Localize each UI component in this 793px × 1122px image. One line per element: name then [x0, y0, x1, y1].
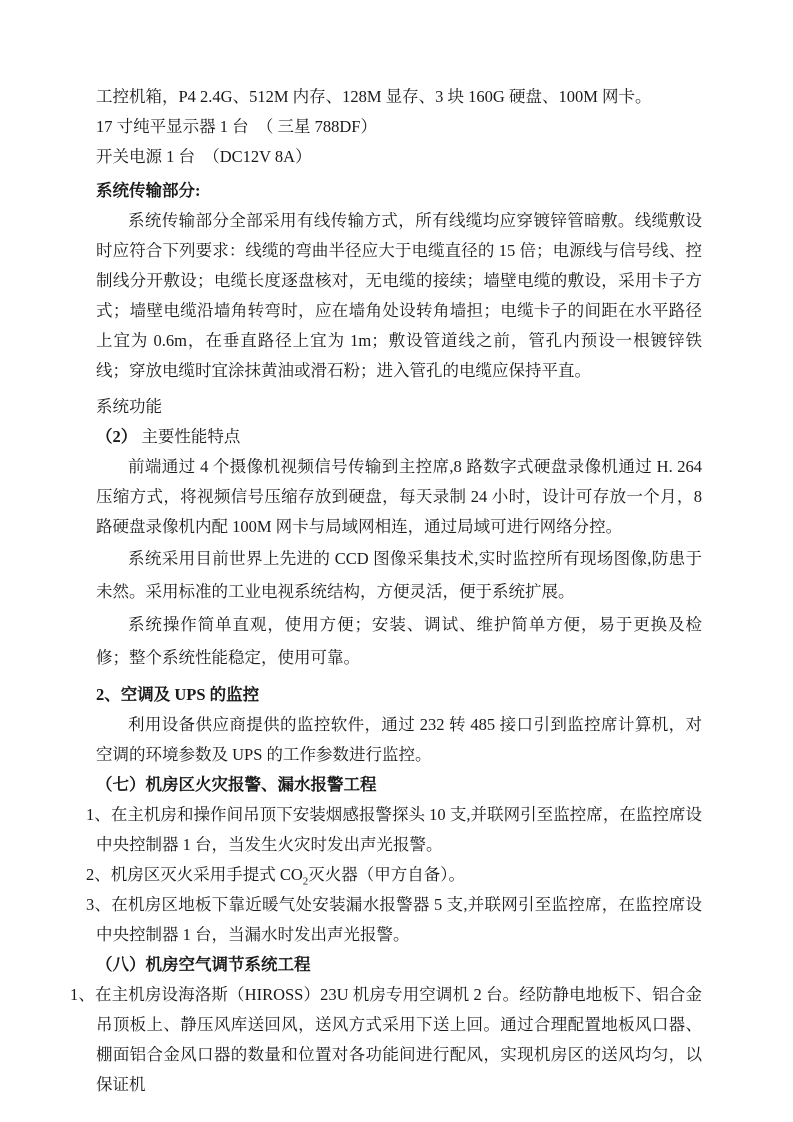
- list-item: 1、在主机房和操作间吊顶下安装烟感报警探头 10 支,并联网引至监控席，在监控席…: [96, 800, 702, 860]
- paragraph: 工控机箱，P4 2.4G、512M 内存、128M 显存、3 块 160G 硬盘…: [96, 82, 702, 112]
- list-item-text: 在主机房和操作间吊顶下安装烟感报警探头 10 支,并联网引至监控席，在监控席设中…: [96, 805, 702, 854]
- list-marker: 2、: [86, 865, 111, 884]
- list-item-text: 在机房区地板下靠近暖气处安装漏水报警器 5 支,并联网引至监控席，在监控席设中央…: [96, 895, 702, 944]
- paragraph: 系统传输部分全部采用有线传输方式，所有线缆均应穿镀锌管暗敷。线缆敷设时应符合下列…: [96, 206, 702, 386]
- paragraph: 开关电源 1 台 （DC12V 8A）: [96, 142, 702, 172]
- heading-text: 主要性能特点: [137, 427, 240, 446]
- section-heading: 2、空调及 UPS 的监控: [96, 680, 702, 710]
- section-heading: 系统传输部分:: [96, 176, 702, 206]
- list-item: 3、在机房区地板下靠近暖气处安装漏水报警器 5 支,并联网引至监控席，在监控席设…: [96, 890, 702, 950]
- section-heading: （八）机房空气调节系统工程: [96, 950, 702, 980]
- list-item-text: 灭火器（甲方自备）。: [308, 865, 465, 884]
- list-marker: 1、: [86, 805, 111, 824]
- section-heading: （2） 主要性能特点: [96, 422, 702, 452]
- list-marker: 3、: [86, 895, 111, 914]
- document-content: 工控机箱，P4 2.4G、512M 内存、128M 显存、3 块 160G 硬盘…: [96, 82, 702, 1100]
- list-item-text: 机房区灭火采用手提式 CO: [111, 865, 303, 884]
- paragraph: 利用设备供应商提供的监控软件，通过 232 转 485 接口引到监控席计算机，对…: [96, 710, 702, 770]
- paragraph: 系统操作简单直观，使用方便；安装、调试、维护简单方便，易于更换及检修；整个系统性…: [96, 608, 702, 674]
- list-item: 1、在主机房设海洛斯（HIROSS）23U 机房专用空调机 2 台。经防静电地板…: [96, 980, 702, 1100]
- paragraph: 系统功能: [96, 392, 702, 422]
- paragraph: 17 寸纯平显示器 1 台 （ 三星 788DF）: [96, 112, 702, 142]
- document-page: 工控机箱，P4 2.4G、512M 内存、128M 显存、3 块 160G 硬盘…: [0, 0, 793, 1122]
- paragraph: 前端通过 4 个摄像机视频信号传输到主控席,8 路数字式硬盘录像机通过 H. 2…: [96, 452, 702, 542]
- list-marker: 1、: [70, 985, 95, 1004]
- list-item-text: 在主机房设海洛斯（HIROSS）23U 机房专用空调机 2 台。经防静电地板下、…: [95, 985, 702, 1094]
- section-heading: （七）机房区火灾报警、漏水报警工程: [96, 770, 702, 800]
- list-item: 2、机房区灭火采用手提式 CO2灭火器（甲方自备）。: [96, 860, 702, 890]
- heading-number: （2）: [96, 427, 137, 446]
- paragraph: 系统采用目前世界上先进的 CCD 图像采集技术,实时监控所有现场图像,防患于未然…: [96, 542, 702, 608]
